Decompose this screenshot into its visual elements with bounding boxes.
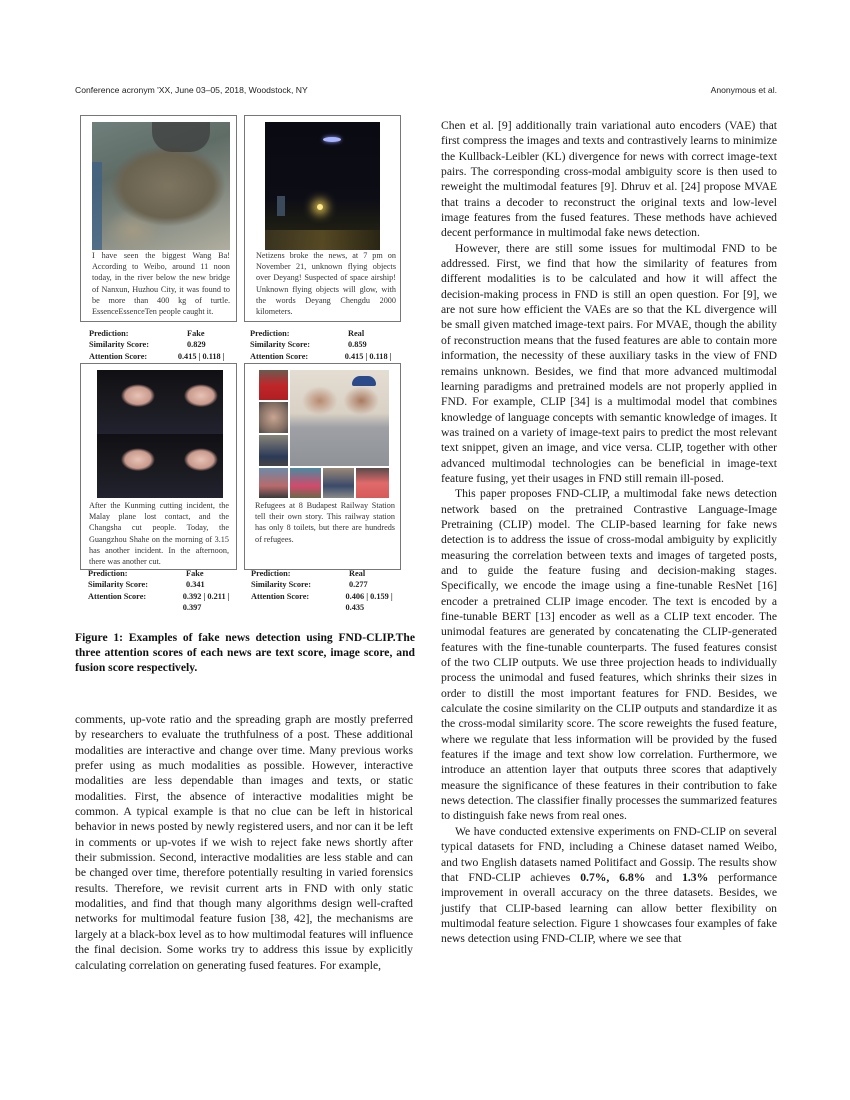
news-panel-4: Refugees at 8 Budapest Railway Station t… bbox=[244, 363, 401, 570]
refugees-collage-image bbox=[259, 370, 389, 498]
left-column-text: comments, up-vote ratio and the spreadin… bbox=[75, 712, 413, 973]
news-scores-3: Prediction:Fake Similarity Score:0.341 A… bbox=[88, 568, 248, 614]
paragraph: comments, up-vote ratio and the spreadin… bbox=[75, 712, 413, 973]
news-panel-2: Netizens broke the news, at 7 pm on Nove… bbox=[244, 115, 401, 322]
attention-value: 0.406 | 0.159 | 0.435 bbox=[345, 591, 411, 614]
news-panel-1: I have seen the biggest Wang Ba! Accordi… bbox=[80, 115, 237, 322]
bold-result: 1.3% bbox=[682, 871, 708, 884]
paragraph: This paper proposes FND-CLIP, a multimod… bbox=[441, 486, 777, 824]
conference-info: Conference acronym 'XX, June 03–05, 2018… bbox=[75, 85, 308, 95]
similarity-value: 0.341 bbox=[186, 579, 205, 590]
paragraph: We have conducted extensive experiments … bbox=[441, 824, 777, 947]
similarity-value: 0.829 bbox=[187, 339, 206, 350]
attention-value: 0.392 | 0.211 | 0.397 bbox=[183, 591, 248, 614]
paragraph: Chen et al. [9] additionally train varia… bbox=[441, 118, 777, 241]
news-text-2: Netizens broke the news, at 7 pm on Nove… bbox=[256, 250, 396, 317]
figure-caption: Figure 1: Examples of fake news detectio… bbox=[75, 630, 415, 676]
night-sky-ufo-image bbox=[265, 122, 380, 250]
author-info: Anonymous et al. bbox=[711, 85, 777, 95]
prediction-value: Fake bbox=[186, 568, 204, 579]
prediction-value: Fake bbox=[187, 328, 205, 339]
news-panel-3: After the Kunming cutting incident, the … bbox=[80, 363, 237, 570]
paragraph: However, there are still some issues for… bbox=[441, 241, 777, 487]
right-column-text: Chen et al. [9] additionally train varia… bbox=[441, 118, 777, 947]
bold-result: 0.7%, 6.8% bbox=[580, 871, 645, 884]
face-collage-image bbox=[97, 370, 223, 498]
similarity-value: 0.859 bbox=[348, 339, 367, 350]
ufo-light-icon bbox=[323, 137, 341, 142]
news-text-3: After the Kunming cutting incident, the … bbox=[89, 500, 229, 567]
running-header: Conference acronym 'XX, June 03–05, 2018… bbox=[75, 85, 777, 95]
similarity-value: 0.277 bbox=[349, 579, 368, 590]
news-text-1: I have seen the biggest Wang Ba! Accordi… bbox=[92, 250, 230, 317]
news-text-4: Refugees at 8 Budapest Railway Station t… bbox=[255, 500, 395, 545]
news-scores-4: Prediction:Real Similarity Score:0.277 A… bbox=[251, 568, 411, 614]
prediction-value: Real bbox=[349, 568, 365, 579]
prediction-value: Real bbox=[348, 328, 364, 339]
giant-turtle-image bbox=[92, 122, 230, 250]
